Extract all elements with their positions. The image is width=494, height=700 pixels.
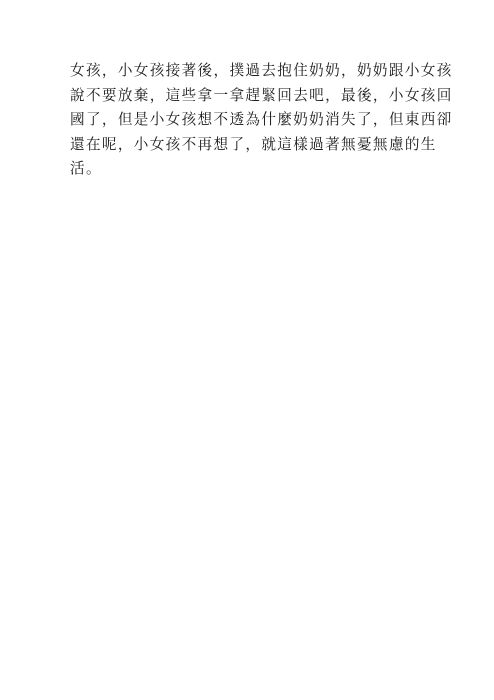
paragraph-line-5: 活。	[70, 157, 430, 182]
paragraph-line-2: 說不要放棄，這些拿一拿趕緊回去吧，最後，小女孩回	[70, 84, 430, 109]
paragraph-line-4: 還在呢，小女孩不再想了，就這樣過著無憂無慮的生	[70, 133, 430, 158]
paragraph-line-1: 女孩，小女孩接著後，撲過去抱住奶奶，奶奶跟小女孩	[70, 59, 430, 84]
paragraph-line-3: 國了，但是小女孩想不透為什麼奶奶消失了，但東西卻	[70, 108, 430, 133]
story-paragraph: 女孩，小女孩接著後，撲過去抱住奶奶，奶奶跟小女孩 說不要放棄，這些拿一拿趕緊回去…	[70, 59, 430, 182]
document-page: 女孩，小女孩接著後，撲過去抱住奶奶，奶奶跟小女孩 說不要放棄，這些拿一拿趕緊回去…	[0, 0, 494, 700]
